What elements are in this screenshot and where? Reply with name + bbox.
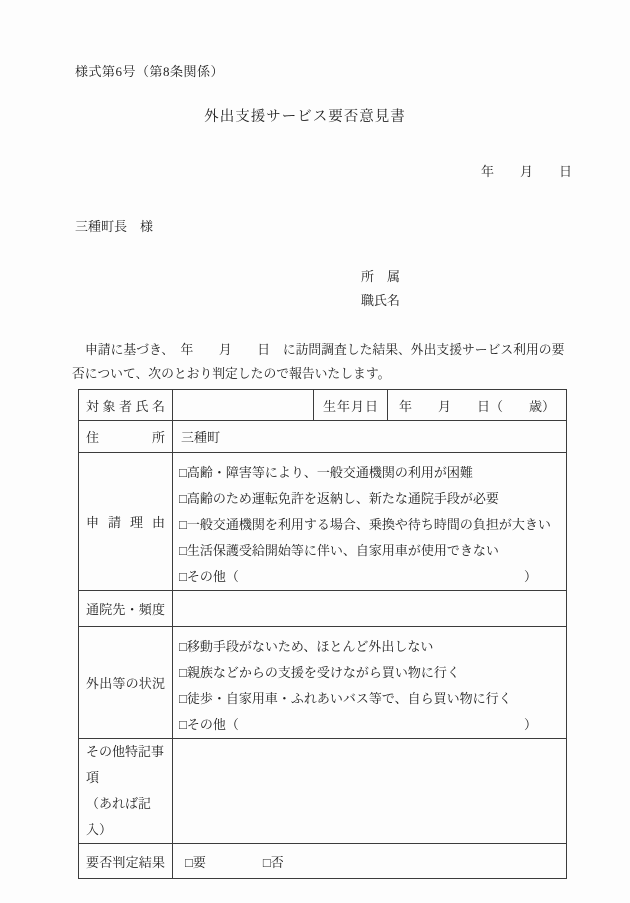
special-notes-label-cell: その他特記事項 （あれば記入） (79, 739, 173, 844)
subject-name-value-cell (173, 390, 314, 421)
other-option-open: □その他（ (179, 712, 239, 738)
date-line: 年 月 日 (481, 161, 572, 180)
checkbox-option-other: □その他（ ） (179, 712, 537, 738)
decision-result-value-cell: □要 □否 (173, 844, 567, 879)
other-option-open: □その他（ (179, 564, 239, 590)
checkbox-option-other: □その他（ ） (179, 564, 537, 590)
special-notes-label-line2: （あれば記入） (86, 791, 165, 843)
intro-paragraph: 申請に基づき、 年 月 日 に訪問調査した結果、外出支援サービス利用の要 否につ… (72, 338, 572, 386)
checkbox-option: □徒歩・自家用車・ふれあいバス等で、自ら買い物に行く (179, 686, 560, 712)
other-option-close: ） (524, 564, 537, 590)
table-row: 対象者氏名 生年月日 年 月 日（ 歳） (79, 390, 567, 421)
checkbox-option: □高齢・障害等により、一般交通機関の利用が困難 (179, 460, 560, 486)
form-number: 様式第6号（第8条関係） (75, 61, 224, 80)
checkbox-no: □否 (263, 852, 284, 871)
checkbox-option: □生活保護受給開始等に伴い、自家用車が使用できない (179, 538, 560, 564)
signer-block: 所 属 職氏名 (361, 265, 400, 313)
table-row: 通院先・頻度 (79, 591, 567, 627)
address-label-cell: 住所 (79, 421, 173, 453)
checkbox-option: □移動手段がないため、ほとんど外出しない (179, 634, 560, 660)
checkbox-yes: □要 (185, 852, 206, 871)
document-title: 外出支援サービス要否意見書 (0, 105, 610, 126)
table-row: 要否判定結果 □要 □否 (79, 844, 567, 879)
checkbox-option: □親族などからの支援を受けながら買い物に行く (179, 660, 560, 686)
decision-result-options: □要 □否 (173, 852, 566, 871)
hospital-visit-value-cell (173, 591, 567, 627)
checkbox-option: □一般交通機関を利用する場合、乗換や待ち時間の負担が大きい (179, 512, 560, 538)
table-row: 申請理由 □高齢・障害等により、一般交通機関の利用が困難 □高齢のため運転免許を… (79, 453, 567, 591)
table-row: その他特記事項 （あれば記入） (79, 739, 567, 844)
application-reason-label-cell: 申請理由 (79, 453, 173, 591)
subject-name-label-cell: 対象者氏名 (79, 390, 173, 421)
special-notes-value-cell (173, 739, 567, 844)
affiliation-label: 所 属 (361, 265, 400, 289)
address-value-cell: 三種町 (173, 421, 567, 453)
document-page: 様式第6号（第8条関係） 外出支援サービス要否意見書 年 月 日 三種町長 様 … (0, 0, 630, 903)
checkbox-option: □高齢のため運転免許を返納し、新たな通院手段が必要 (179, 486, 560, 512)
position-name-label: 職氏名 (361, 289, 400, 313)
application-reason-options-cell: □高齢・障害等により、一般交通機関の利用が困難 □高齢のため運転免許を返納し、新… (173, 453, 567, 591)
decision-result-label-cell: 要否判定結果 (79, 844, 173, 879)
outing-status-options-cell: □移動手段がないため、ほとんど外出しない □親族などからの支援を受けながら買い物… (173, 627, 567, 739)
outing-status-label-cell: 外出等の状況 (79, 627, 173, 739)
birthdate-value-cell: 年 月 日（ 歳） (388, 390, 567, 421)
special-notes-label-line1: その他特記事項 (86, 739, 165, 791)
addressee: 三種町長 様 (75, 216, 153, 235)
intro-line-2: 否について、次のとおり判定したので報告いたします。 (72, 362, 572, 386)
table-row: 住所 三種町 (79, 421, 567, 453)
table-row: 外出等の状況 □移動手段がないため、ほとんど外出しない □親族などからの支援を受… (79, 627, 567, 739)
assessment-table: 対象者氏名 生年月日 年 月 日（ 歳） 住所 三種町 申請理由 □高齢・障害等… (78, 389, 567, 879)
other-option-close: ） (524, 712, 537, 738)
birthdate-label-cell: 生年月日 (314, 390, 388, 421)
hospital-visit-label-cell: 通院先・頻度 (79, 591, 173, 627)
intro-line-1: 申請に基づき、 年 月 日 に訪問調査した結果、外出支援サービス利用の要 (72, 338, 572, 362)
